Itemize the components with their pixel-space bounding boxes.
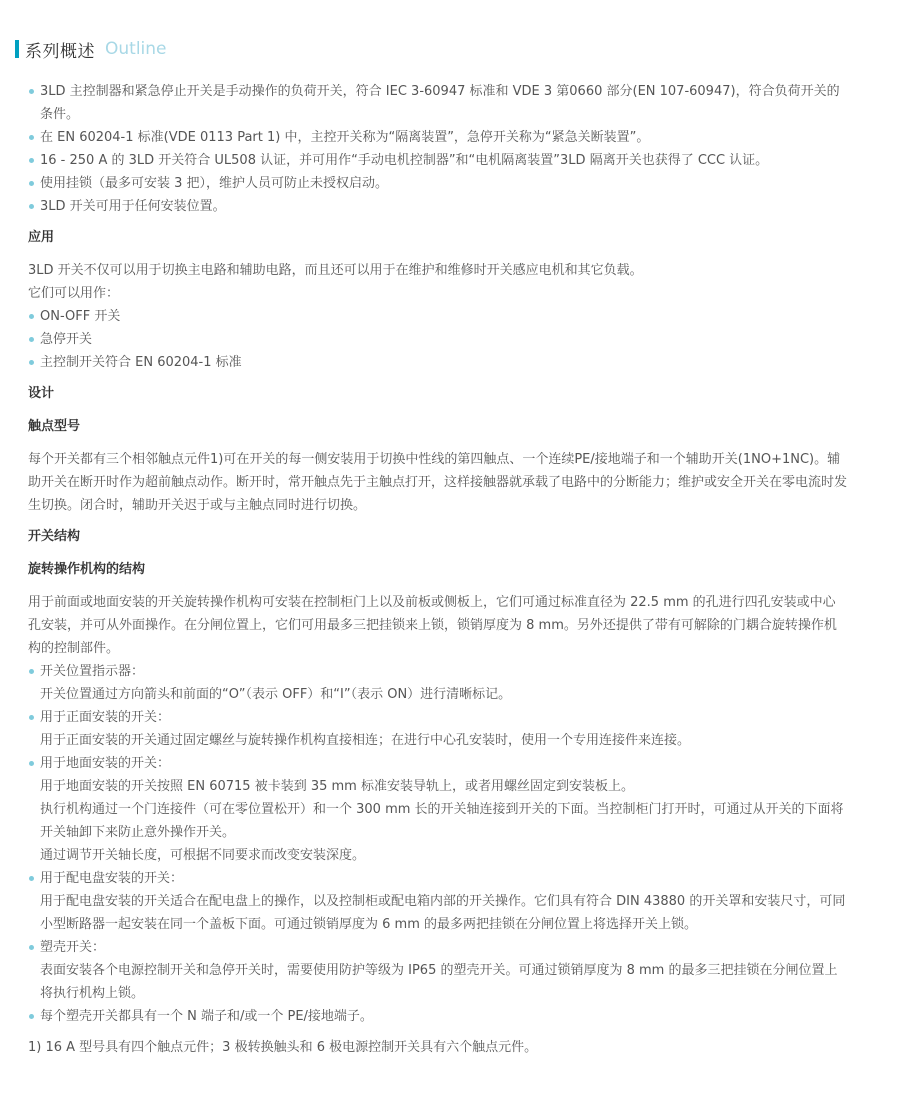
heading-rotary-structure: 旋转操作机构的结构 [28,558,848,581]
list-item-detail: 执行机构通过一个门连接件（可在零位置松开）和一个 300 mm 长的开关轴连接到… [28,798,848,844]
title-chinese: 系列概述 [25,37,95,62]
list-item: 使用挂锁（最多可安装 3 把），维护人员可防止未授权启动。 [28,172,848,195]
list-item-detail: 表面安装各个电源控制开关和急停开关时，需要使用防护等级为 IP65 的塑壳开关。… [28,959,848,1005]
list-item: 3LD 开关可用于任何安装位置。 [28,195,848,218]
title-english: Outline [105,39,167,59]
rotary-paragraph: 用于前面或地面安装的开关旋转操作机构可安装在控制柜门上以及前板或侧板上，它们可通… [28,591,848,660]
list-item: 3LD 主控制器和紧急停止开关是手动操作的负荷开关，符合 IEC 3-60947… [28,80,848,126]
list-item-detail: 用于正面安装的开关通过固定螺丝与旋转操作机构直接相连；在进行中心孔安装时，使用一… [28,729,848,752]
list-item-detail: 通过调节开关轴长度，可根据不同要求而改变安装深度。 [28,844,848,867]
outline-bullet-list: 3LD 主控制器和紧急停止开关是手动操作的负荷开关，符合 IEC 3-60947… [28,80,848,218]
list-item-detail: 用于地面安装的开关按照 EN 60715 被卡装到 35 mm 标准安装导轨上，… [28,775,848,798]
list-item-title: 塑壳开关： [28,936,848,959]
heading-contact-type: 触点型号 [28,415,848,438]
list-item: ON-OFF 开关 [28,305,848,328]
list-item-title: 用于正面安装的开关： [28,706,848,729]
application-paragraph: 3LD 开关不仅可以用于切换主电路和辅助电路，而且还可以用于在维护和维修时开关感… [28,259,848,282]
list-item-detail: 用于配电盘安装的开关适合在配电盘上的操作，以及控制柜或配电箱内部的开关操作。它们… [28,890,848,936]
title-accent-bar [15,40,19,58]
list-item-title: 用于地面安装的开关： [28,752,848,775]
outline-content: 3LD 主控制器和紧急停止开关是手动操作的负荷开关，符合 IEC 3-60947… [28,80,848,1059]
section-title: 系列概述 Outline [15,38,167,60]
heading-application: 应用 [28,226,848,249]
list-item-title: 用于配电盘安装的开关： [28,867,848,890]
application-intro: 它们可以用作： [28,282,848,305]
heading-design: 设计 [28,382,848,405]
list-item-detail: 开关位置通过方向箭头和前面的“O”（表示 OFF）和“I”（表示 ON）进行清晰… [28,683,848,706]
list-item: 主控制开关符合 EN 60204-1 标准 [28,351,848,374]
list-item-title: 每个塑壳开关都具有一个 N 端子和/或一个 PE/接地端子。 [28,1005,848,1028]
heading-switch-structure: 开关结构 [28,525,848,548]
contact-paragraph: 每个开关都有三个相邻触点元件1)可在开关的每一侧安装用于切换中性线的第四触点、一… [28,448,848,517]
list-item: 在 EN 60204-1 标准(VDE 0113 Part 1) 中，主控开关称… [28,126,848,149]
list-item-title: 开关位置指示器： [28,660,848,683]
footnote: 1) 16 A 型号具有四个触点元件；3 极转换触头和 6 极电源控制开关具有六… [28,1036,848,1059]
list-item: 16 - 250 A 的 3LD 开关符合 UL508 认证，并可用作“手动电机… [28,149,848,172]
list-item: 急停开关 [28,328,848,351]
